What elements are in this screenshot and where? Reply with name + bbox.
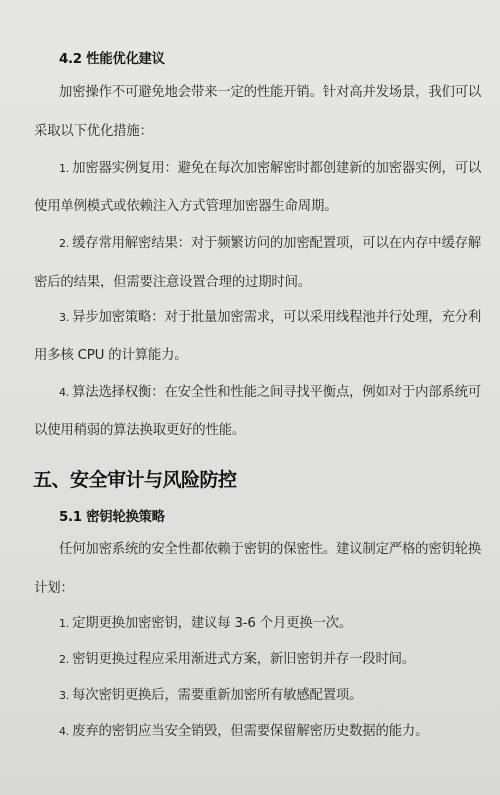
list-number: 4. xyxy=(59,725,69,738)
list-item: 4.废弃的密钥应当安全销毁，但需要保留解密历史数据的能力。 xyxy=(59,724,428,740)
list-number: 3. xyxy=(59,311,69,324)
section-heading-4-2: 4.2 性能优化建议 xyxy=(59,48,165,67)
list-number: 1. xyxy=(59,617,69,630)
list-item: 3.异步加密策略：对于批量加密需求，可以采用线程池并行处理，充分利 xyxy=(59,310,481,326)
list-item: 2.缓存常用解密结果：对于频繁访问的加密配置项，可以在内存中缓存解 xyxy=(59,236,481,252)
section-heading-5: 五、安全审计与风险防控 xyxy=(33,465,237,492)
list-item-continuation: 使用单例模式或依赖注入方式管理加密器生命周期。 xyxy=(34,199,337,215)
paragraph-line: 加密操作不可避免地会带来一定的性能开销。针对高并发场景，我们可以 xyxy=(59,85,481,101)
list-item: 1.定期更换加密密钥，建议每 3-6 个月更换一次。 xyxy=(59,616,352,632)
list-number: 3. xyxy=(59,689,69,702)
list-item-text: 加密器实例复用：避免在每次加密解密时都创建新的加密器实例，可以 xyxy=(72,161,481,176)
list-item-text: 定期更换加密密钥，建议每 3-6 个月更换一次。 xyxy=(72,616,352,631)
list-item-continuation: 用多核 CPU 的计算能力。 xyxy=(34,348,187,364)
list-number: 2. xyxy=(59,237,69,250)
list-item-continuation: 密后的结果，但需要注意设置合理的过期时间。 xyxy=(34,275,311,291)
list-item-text: 缓存常用解密结果：对于频繁访问的加密配置项，可以在内存中缓存解 xyxy=(72,236,481,251)
list-item: 2.密钥更换过程应采用渐进式方案，新旧密钥并存一段时间。 xyxy=(59,652,415,668)
paragraph-line: 采取以下优化措施： xyxy=(34,124,153,140)
list-item-text: 算法选择权衡：在安全性和性能之间寻找平衡点，例如对于内部系统可 xyxy=(72,385,481,400)
list-number: 1. xyxy=(59,162,69,175)
list-item: 3.每次密钥更换后，需要重新加密所有敏感配置项。 xyxy=(59,688,362,704)
document-page: 4.2 性能优化建议 加密操作不可避免地会带来一定的性能开销。针对高并发场景，我… xyxy=(0,0,500,795)
list-number: 4. xyxy=(59,386,69,399)
list-item-continuation: 以使用稍弱的算法换取更好的性能。 xyxy=(34,423,245,439)
paragraph-line: 任何加密系统的安全性都依赖于密钥的保密性。建议制定严格的密钥轮换 xyxy=(59,542,481,558)
list-number: 2. xyxy=(59,653,69,666)
list-item-text: 每次密钥更换后，需要重新加密所有敏感配置项。 xyxy=(72,688,362,703)
section-heading-5-1: 5.1 密钥轮换策略 xyxy=(59,506,165,525)
list-item-text: 异步加密策略：对于批量加密需求，可以采用线程池并行处理，充分利 xyxy=(72,310,481,325)
list-item: 4.算法选择权衡：在安全性和性能之间寻找平衡点，例如对于内部系统可 xyxy=(59,385,481,401)
paragraph-line: 计划： xyxy=(34,581,74,597)
list-item: 1.加密器实例复用：避免在每次加密解密时都创建新的加密器实例，可以 xyxy=(59,161,481,177)
list-item-text: 废弃的密钥应当安全销毁，但需要保留解密历史数据的能力。 xyxy=(72,724,428,739)
list-item-text: 密钥更换过程应采用渐进式方案，新旧密钥并存一段时间。 xyxy=(72,652,415,667)
